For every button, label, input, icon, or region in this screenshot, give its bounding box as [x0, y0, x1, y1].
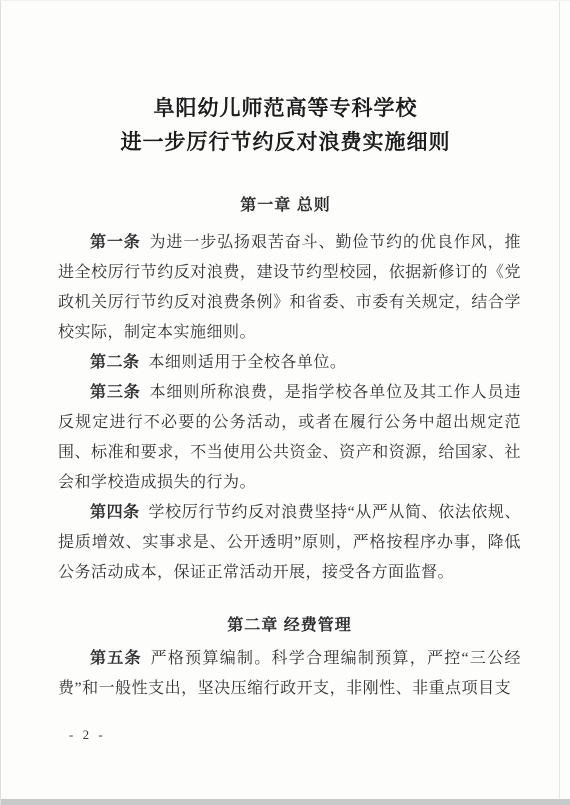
article-5: 第五条严格预算编制。科学合理编制预算，严控“三公经费”和一般性支出，坚决压缩行政…: [58, 644, 521, 704]
document-page: 阜阳幼儿师范高等专科学校 进一步厉行节约反对浪费实施细则 第一章 总则 第一条为…: [0, 0, 570, 805]
article-2: 第二条本细则适用于全校各单位。: [58, 348, 521, 378]
scan-edge-line: [559, 1, 560, 799]
article-5-label: 第五条: [90, 650, 142, 667]
chapter-1-heading: 第一章 总则: [1, 192, 570, 215]
article-3-label: 第三条: [90, 384, 141, 401]
article-1-label: 第一条: [90, 234, 141, 251]
article-2-text: 本细则适用于全校各单位。: [148, 354, 346, 371]
scanned-document-viewport: 阜阳幼儿师范高等专科学校 进一步厉行节约反对浪费实施细则 第一章 总则 第一条为…: [0, 0, 570, 805]
chapter-2-heading: 第二章 经费管理: [58, 612, 521, 635]
scan-edge-shadow: [1, 799, 570, 805]
document-body: 第一条为进一步弘扬艰苦奋斗、勤俭节约的优良作风，推进全校厉行节约反对浪费，建设节…: [1, 215, 570, 704]
document-title-line-1: 阜阳幼儿师范高等专科学校: [1, 91, 570, 125]
article-1: 第一条为进一步弘扬艰苦奋斗、勤俭节约的优良作风，推进全校厉行节约反对浪费，建设节…: [58, 228, 521, 348]
document-title: 阜阳幼儿师范高等专科学校 进一步厉行节约反对浪费实施细则: [1, 1, 570, 159]
article-3: 第三条本细则所称浪费，是指学校各单位及其工作人员违反规定进行不必要的公务活动，或…: [58, 378, 521, 498]
article-4-label: 第四条: [90, 504, 140, 521]
article-4: 第四条学校厉行节约反对浪费坚持“从严从简、依法依规、提质增效、实事求是、公开透明…: [58, 498, 521, 588]
article-2-label: 第二条: [90, 354, 140, 371]
page-number: - 2 -: [1, 727, 570, 743]
document-title-line-2: 进一步厉行节约反对浪费实施细则: [1, 125, 570, 159]
